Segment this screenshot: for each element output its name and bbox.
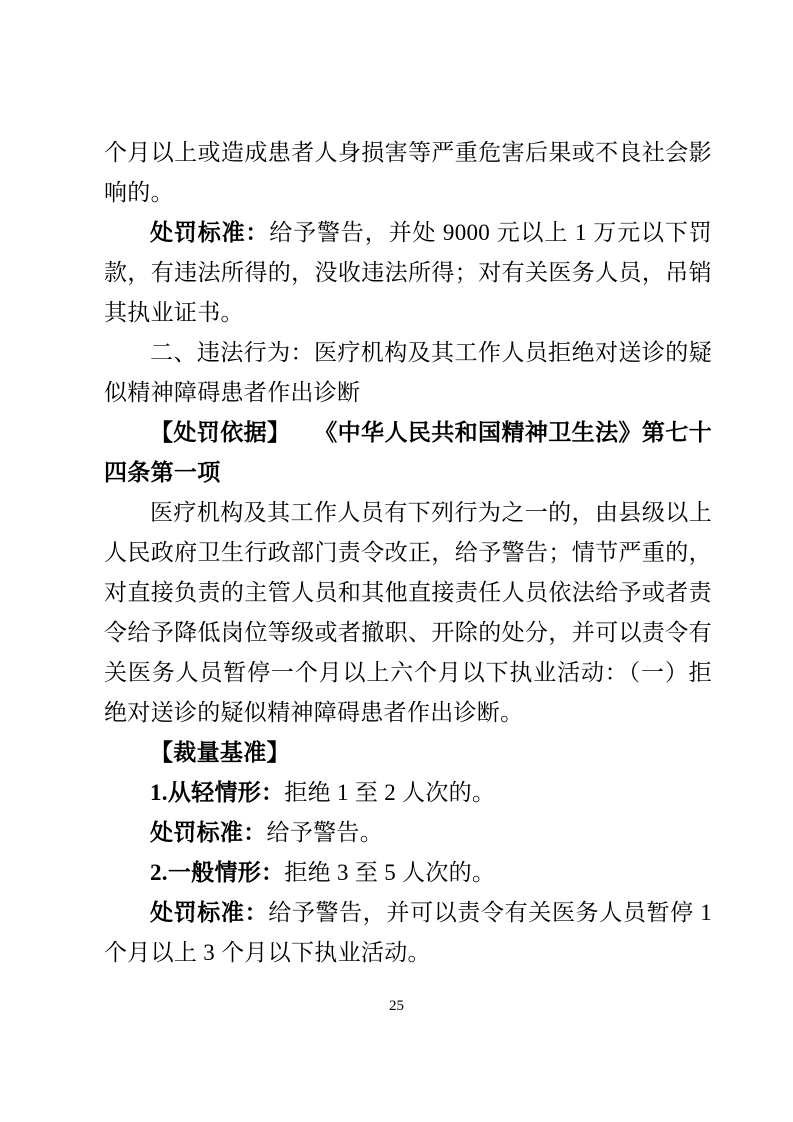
paragraph: 医疗机构及其工作人员有下列行为之一的，由县级以上人民政府卫生行政部门责令改正，给… bbox=[104, 493, 712, 733]
page-number: 25 bbox=[389, 998, 404, 1014]
paragraph: 二、违法行为：医疗机构及其工作人员拒绝对送诊的疑似精神障碍患者作出诊断 bbox=[104, 333, 712, 413]
page-footer: 25 bbox=[0, 995, 793, 1017]
document-page: 个月以上或造成患者人身损害等严重危害后果或不良社会影响的。处罚标准：给予警告，并… bbox=[0, 0, 793, 1122]
text-run: 拒绝 1 至 2 人次的。 bbox=[284, 780, 495, 805]
text-run: 个月以上或造成患者人身损害等严重危害后果或不良社会影响的。 bbox=[104, 140, 712, 205]
bold-text-run: 2.一般情形： bbox=[150, 860, 284, 885]
paragraph: 【处罚依据】 《中华人民共和国精神卫生法》第七十四条第一项 bbox=[104, 413, 712, 493]
bold-text-run: 处罚标准： bbox=[150, 820, 267, 845]
paragraph: 处罚标准：给予警告，并处 9000 元以上 1 万元以下罚款，有违法所得的，没收… bbox=[104, 213, 712, 333]
bold-text-run: 【处罚依据】 《中华人民共和国精神卫生法》第七十四条第一项 bbox=[104, 420, 712, 485]
paragraph: 个月以上或造成患者人身损害等严重危害后果或不良社会影响的。 bbox=[104, 133, 712, 213]
paragraph: 【裁量基准】 bbox=[104, 733, 712, 773]
bold-text-run: 处罚标准： bbox=[150, 220, 269, 245]
paragraph: 处罚标准：给予警告。 bbox=[104, 813, 712, 853]
paragraph: 1.从轻情形：拒绝 1 至 2 人次的。 bbox=[104, 773, 712, 813]
bold-text-run: 1.从轻情形： bbox=[150, 780, 284, 805]
paragraph: 2.一般情形：拒绝 3 至 5 人次的。 bbox=[104, 853, 712, 893]
document-body: 个月以上或造成患者人身损害等严重危害后果或不良社会影响的。处罚标准：给予警告，并… bbox=[104, 133, 712, 973]
text-run: 二、违法行为：医疗机构及其工作人员拒绝对送诊的疑似精神障碍患者作出诊断 bbox=[104, 340, 712, 405]
text-run: 给予警告。 bbox=[267, 820, 384, 845]
bold-text-run: 【裁量基准】 bbox=[150, 740, 290, 765]
bold-text-run: 处罚标准： bbox=[150, 900, 268, 925]
paragraph: 处罚标准：给予警告，并可以责令有关医务人员暂停 1 个月以上 3 个月以下执业活… bbox=[104, 893, 712, 973]
text-run: 医疗机构及其工作人员有下列行为之一的，由县级以上人民政府卫生行政部门责令改正，给… bbox=[104, 500, 712, 725]
text-run: 拒绝 3 至 5 人次的。 bbox=[284, 860, 495, 885]
